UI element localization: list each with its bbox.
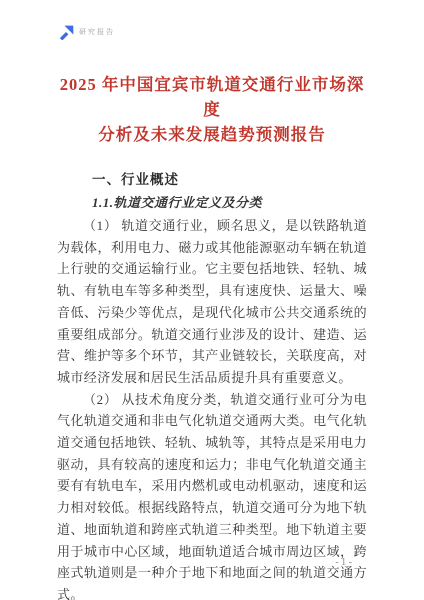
section-subheading: 1.1.轨道交通行业定义及分类 [57,195,367,210]
brand-logo-text: 研究报告 [79,27,115,37]
report-title: 2025 年中国宜宾市轨道交通行业市场深度 分析及未来发展趋势预测报告 [57,72,367,147]
page-number: - 1 - [335,557,352,568]
report-title-line-2: 分析及未来发展趋势预测报告 [57,122,367,147]
arrow-up-right-icon [59,25,74,40]
brand-header: 研究报告 [59,24,367,40]
paragraph-2: （2） 从技术角度分类，轨道交通行业可分为电气化轨道交通和非电气化轨道交通两大类… [57,389,367,600]
section-body: （1） 轨道交通行业，顾名思义，是以铁路轨道为载体，利用电力、磁力或其他能源驱动… [57,215,367,600]
report-page: 研究报告 2025 年中国宜宾市轨道交通行业市场深度 分析及未来发展趋势预测报告… [0,0,424,600]
report-title-line-1: 2025 年中国宜宾市轨道交通行业市场深度 [57,72,367,122]
section-heading: 一、行业概述 [57,172,367,187]
paragraph-1: （1） 轨道交通行业，顾名思义，是以铁路轨道为载体，利用电力、磁力或其他能源驱动… [57,215,367,389]
